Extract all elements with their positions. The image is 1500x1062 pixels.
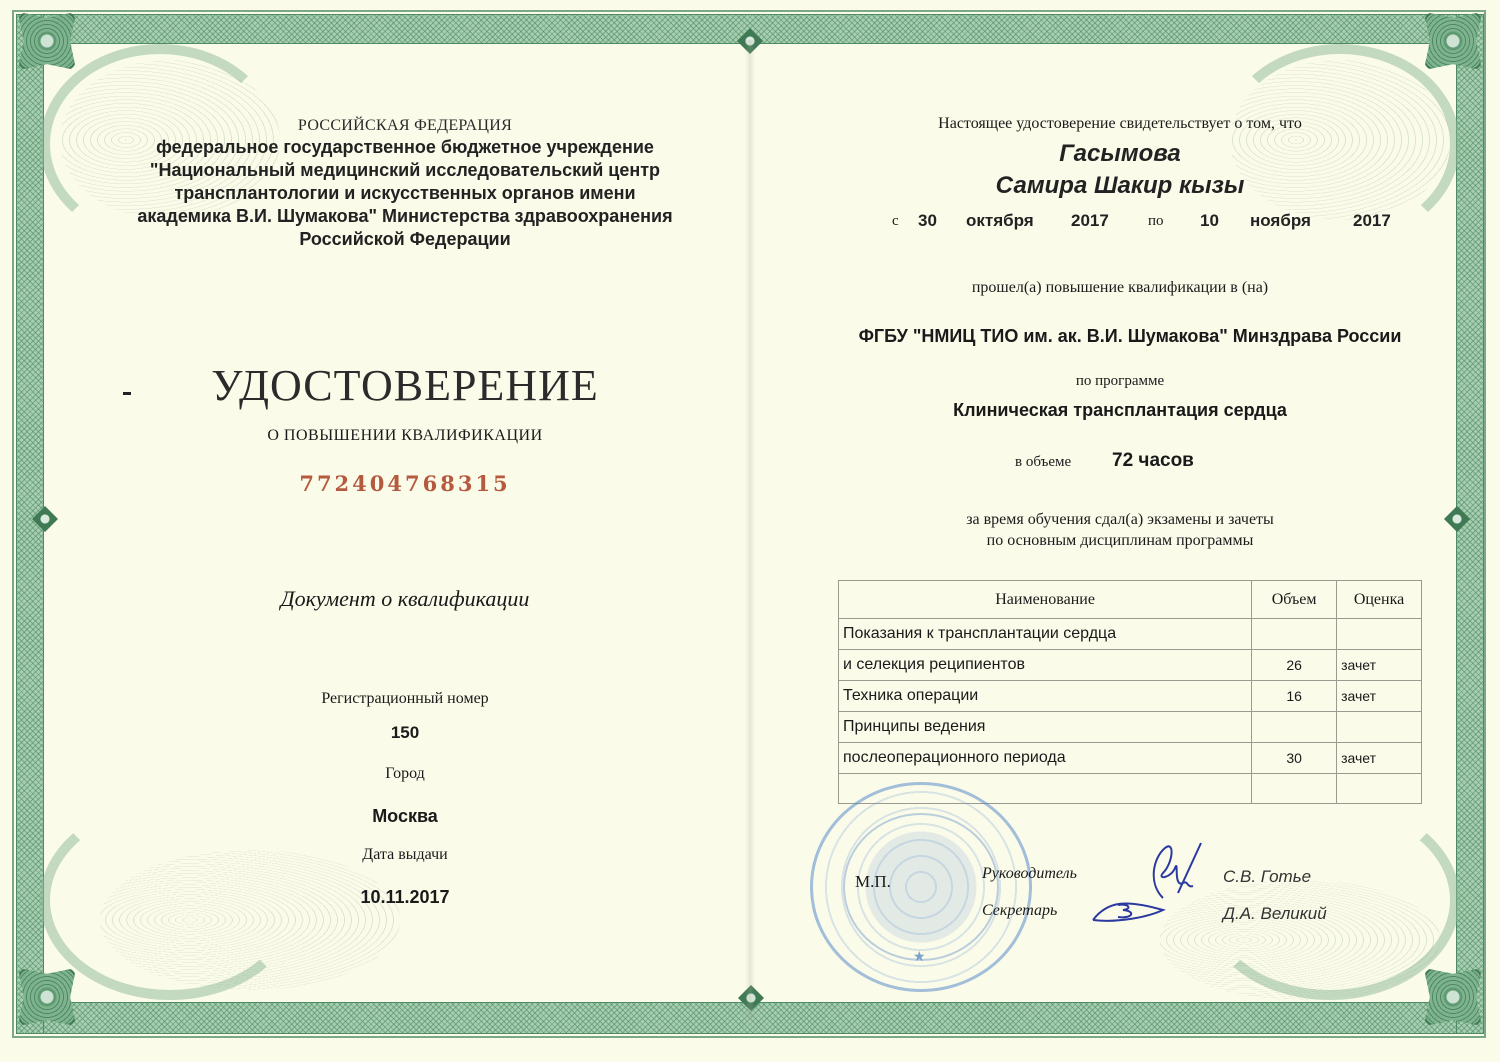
seal-label: М.П. — [855, 872, 891, 892]
period-to-year: 2017 — [1353, 211, 1391, 231]
period-from-month: октября — [966, 211, 1034, 231]
institution-name: ФГБУ "НМИЦ ТИО им. ак. В.И. Шумакова" Ми… — [800, 326, 1460, 347]
subject-name: Техника операции — [839, 681, 1252, 712]
subject-name: и селекция реципиентов — [839, 650, 1252, 681]
table-row: Техника операции 16 зачет — [839, 681, 1422, 712]
subject-grade: зачет — [1337, 743, 1422, 774]
corner-ornament-icon — [1424, 12, 1482, 70]
period-from-year: 2017 — [1071, 211, 1109, 231]
issue-date-label: Дата выдачи — [200, 846, 610, 864]
registration-number: 150 — [200, 723, 610, 743]
period-to-label: по — [1148, 213, 1164, 230]
passed-text: прошел(а) повышение квалификации в (на) — [820, 279, 1420, 297]
volume-value: 72 часов — [1112, 450, 1194, 472]
organization-line: трансплантологии и искусственных органов… — [95, 182, 715, 205]
organization-line: федеральное государственное бюджетное уч… — [95, 136, 715, 159]
page-fold — [745, 40, 755, 1020]
registration-label: Регистрационный номер — [200, 690, 610, 708]
secretary-role-label: Секретарь — [982, 902, 1057, 920]
head-name: С.В. Готье — [1223, 867, 1311, 887]
intro-text: Настоящее удостоверение свидетельствует … — [820, 115, 1420, 133]
subject-hours: 16 — [1252, 681, 1337, 712]
city-label: Город — [200, 765, 610, 783]
subject-hours — [1252, 712, 1337, 743]
grades-table: Наименование Объем Оценка Показания к тр… — [838, 580, 1422, 804]
exams-text-line2: по основным дисциплинам программы — [820, 532, 1420, 550]
period-to-month: ноября — [1250, 211, 1311, 231]
organization-line: "Национальный медицинский исследовательс… — [95, 159, 715, 182]
subject-hours — [1252, 619, 1337, 650]
corner-ornament-icon — [18, 12, 76, 70]
period-from-day: 30 — [918, 211, 937, 231]
certificate-spread: РОССИЙСКАЯ ФЕДЕРАЦИЯ федеральное государ… — [0, 0, 1500, 1062]
table-row: Принципы ведения — [839, 712, 1422, 743]
subject-name: послеоперационного периода — [839, 743, 1252, 774]
subject-name: Принципы ведения — [839, 712, 1252, 743]
seal-star-icon: ★ — [913, 948, 926, 965]
program-name: Клиническая трансплантация сердца — [820, 400, 1420, 421]
organization-line: Российской Федерации — [95, 228, 715, 251]
subject-grade — [1337, 712, 1422, 743]
document-title: УДОСТОВЕРЕНИЕ — [200, 360, 610, 411]
volume-label: в объеме — [1015, 454, 1071, 471]
corner-ornament-icon — [1424, 968, 1482, 1026]
guilloche-mesh — [100, 850, 400, 990]
table-row: Показания к трансплантации сердца — [839, 619, 1422, 650]
subject-grade: зачет — [1337, 650, 1422, 681]
dash-mark — [123, 392, 131, 395]
subject-hours: 30 — [1252, 743, 1337, 774]
head-role-label: Руководитель — [982, 865, 1077, 883]
issue-date: 10.11.2017 — [200, 887, 610, 908]
table-row: и селекция реципиентов 26 зачет — [839, 650, 1422, 681]
subject-grade — [1337, 619, 1422, 650]
subject-grade — [1337, 774, 1422, 804]
program-label: по программе — [820, 373, 1420, 390]
period-to-day: 10 — [1200, 211, 1219, 231]
study-period: с 30 октября 2017 по 10 ноября 2017 — [880, 211, 1420, 235]
document-subtitle: О ПОВЫШЕНИИ КВАЛИФИКАЦИИ — [200, 427, 610, 445]
secretary-name: Д.А. Великий — [1223, 904, 1327, 924]
period-from-label: с — [892, 213, 899, 230]
table-header-row: Наименование Объем Оценка — [839, 581, 1422, 619]
subject-hours: 26 — [1252, 650, 1337, 681]
exams-text-line1: за время обучения сдал(а) экзамены и зач… — [820, 511, 1420, 529]
corner-ornament-icon — [18, 968, 76, 1026]
serial-number: 772404768315 — [200, 471, 610, 496]
header-hours: Объем — [1252, 581, 1337, 619]
secretary-signature-icon — [1088, 895, 1168, 925]
organization-name: федеральное государственное бюджетное уч… — [95, 136, 715, 251]
subject-name: Показания к трансплантации сердца — [839, 619, 1252, 650]
subject-grade: зачет — [1337, 681, 1422, 712]
holder-surname: Гасымова — [820, 140, 1420, 168]
table-row: послеоперационного периода 30 зачет — [839, 743, 1422, 774]
official-seal-stamp-icon: ★ — [810, 782, 1032, 992]
subject-hours — [1252, 774, 1337, 804]
holder-given-names: Самира Шакир кызы — [820, 172, 1420, 200]
country-heading: РОССИЙСКАЯ ФЕДЕРАЦИЯ — [200, 117, 610, 135]
header-grade: Оценка — [1337, 581, 1422, 619]
header-name: Наименование — [839, 581, 1252, 619]
document-kind: Документ о квалификации — [200, 586, 610, 612]
city-value: Москва — [200, 806, 610, 827]
organization-line: академика В.И. Шумакова" Министерства зд… — [95, 205, 715, 228]
